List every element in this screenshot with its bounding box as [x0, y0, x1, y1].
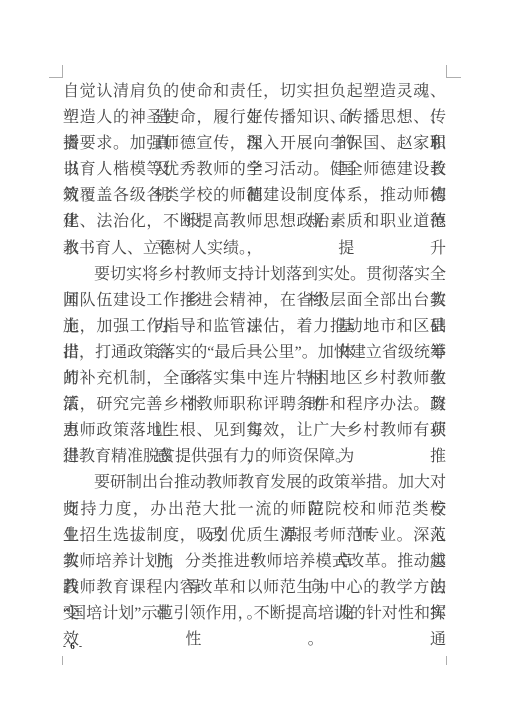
text-line: 教师教育课程内容改革和以师范生为中心的教学方法变革。发挥 [63, 575, 446, 601]
document-text: 自觉认清肩负的使命和责任，切实担负起塑造灵魂、塑造生命、塑造人的神圣使命，履行好… [63, 79, 446, 627]
text-line: 师队伍建设工作推进会精神，在省级层面全部出台实施办法基础 [63, 288, 446, 314]
text-line: 策，研究完善乡村教师职称评聘条件和程序办法。努力让每一项 [63, 392, 446, 418]
text-line: 责要求。加强师德宣传，深入开展向李保国、赵家和以及全国教 [63, 131, 446, 157]
text-boundary-mark-top-right [446, 65, 461, 78]
text-line: 上，加强工作指导和监管评估，着力推动地市和区县出台具体举 [63, 314, 446, 340]
text-boundary-mark-bottom-left [62, 656, 63, 665]
text-line: 支持力度，办出一大批一流的师范院校和师范类专业。改革师范 [63, 497, 446, 523]
text-line: 惠师政策落地生根、见到实效，让广大乡村教师有获得感，为推 [63, 418, 446, 444]
document-page: 自觉认清肩负的使命和责任，切实担负起塑造灵魂、塑造生命、塑造人的神圣使命，履行好… [0, 0, 508, 722]
text-line: 教师培养计划”，分类推进教师培养模式改革。推动实践导向的 [63, 549, 446, 575]
text-line: 要研制出台推动教师教育发展的政策举措。加大对师范院校 [63, 470, 446, 496]
text-line: “国培计划”示范引领作用，不断提高培训的针对性和实效性。通 [63, 601, 446, 627]
text-line: 塑造人的神圣使命，履行好传播知识、传播思想、传播真理的职 [63, 105, 446, 131]
text-line: 生招生选拔制度，吸引优质生源报考师范专业。深入实施“卓越 [63, 523, 446, 549]
page-number: - 6 - [63, 641, 83, 651]
text-line: 措，打通政策落实的“最后一公里”。加快建立省级统筹的乡村教 [63, 340, 446, 366]
text-line: 要切实将乡村教师支持计划落到实处。贯彻落实全国乡村教 [63, 262, 446, 288]
text-line: 化、法治化，不断提高教师思想政治素质和职业道德水平，提升 [63, 209, 446, 235]
text-boundary-mark-bottom-right [446, 656, 447, 665]
text-line: 书育人楷模等优秀教师的学习活动。健全师德建设长效机制，构 [63, 157, 446, 183]
text-line: 师补充机制，全面落实集中连片特困地区乡村教师生活补助政 [63, 366, 446, 392]
text-boundary-mark-top-left [49, 65, 63, 78]
text-line: 自觉认清肩负的使命和责任，切实担负起塑造灵魂、塑造生命、 [63, 79, 446, 105]
text-line: 筑覆盖各级各类学校的师德建设制度体系，推动师德建设规范 [63, 183, 446, 209]
